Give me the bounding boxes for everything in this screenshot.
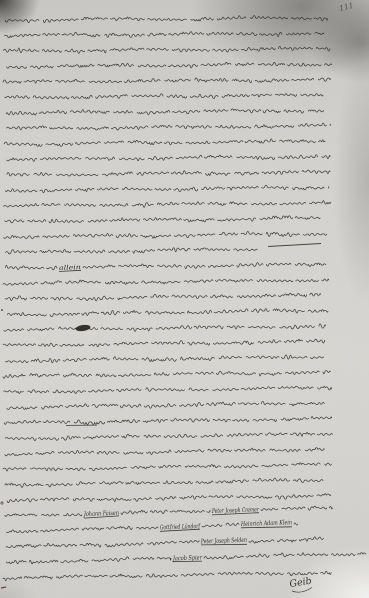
manuscript-svg: alleinJohann FaisenPeter Joseph CremerGo… [0, 0, 369, 598]
margin-mark [1, 587, 6, 588]
manuscript-page: alleinJohann FaisenPeter Joseph CremerGo… [0, 0, 369, 598]
margin-mark [1, 309, 3, 311]
paper-grain [0, 0, 369, 598]
